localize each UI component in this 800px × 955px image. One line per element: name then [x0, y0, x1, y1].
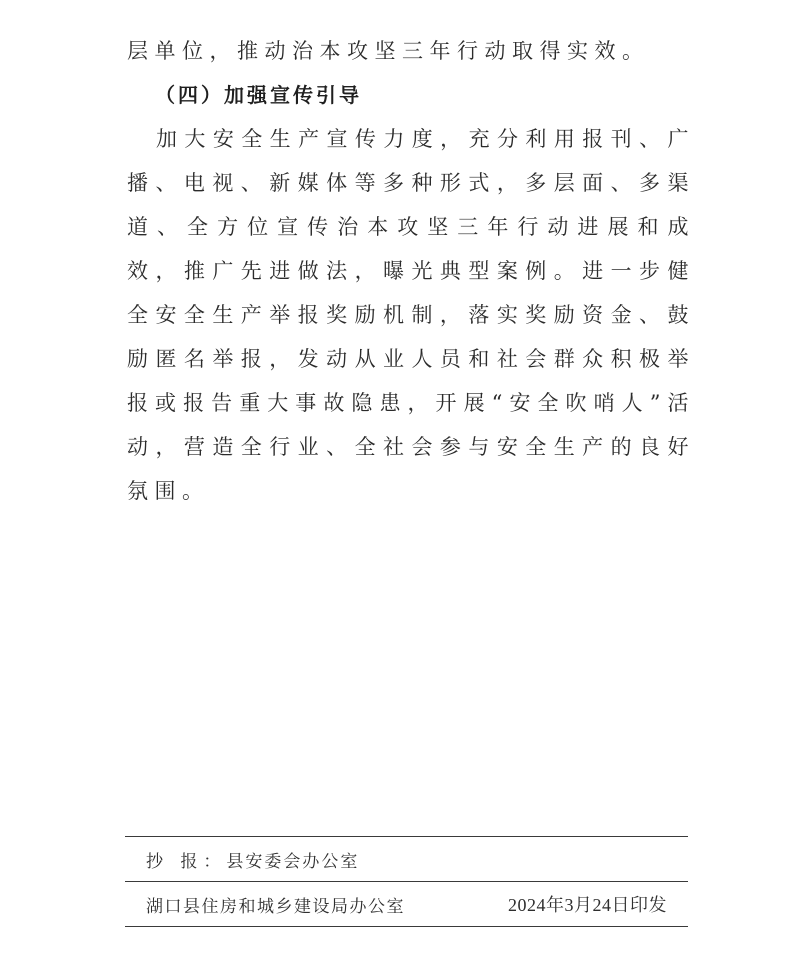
- section-heading: （四）加强宣传引导: [127, 73, 695, 117]
- issuer-name: 湖口县住房和城乡建设局办公室: [146, 892, 405, 917]
- footer-bottom-rule: [125, 926, 688, 927]
- cc-row: 抄 报：县安委会办公室: [125, 837, 688, 881]
- cc-text: 抄 报：县安委会办公室: [146, 847, 359, 872]
- document-body: 层单位，推动治本攻坚三年行动取得实效。 （四）加强宣传引导 加大安全生产宣传力度…: [127, 29, 695, 513]
- continuation-line: 层单位，推动治本攻坚三年行动取得实效。: [127, 29, 695, 73]
- issuer-row: 湖口县住房和城乡建设局办公室 2024年3月24日印发: [125, 882, 688, 926]
- document-page: 层单位，推动治本攻坚三年行动取得实效。 （四）加强宣传引导 加大安全生产宣传力度…: [0, 0, 800, 955]
- body-paragraph: 加大安全生产宣传力度，充分利用报刊、广播、电视、新媒体等多种形式，多层面、多渠道…: [127, 117, 695, 513]
- issue-date: 2024年3月24日印发: [508, 891, 667, 917]
- cc-recipient: 县安委会办公室: [226, 852, 359, 872]
- document-footer: 抄 报：县安委会办公室 湖口县住房和城乡建设局办公室 2024年3月24日印发: [125, 836, 688, 927]
- cc-label: 抄 报：: [146, 852, 226, 872]
